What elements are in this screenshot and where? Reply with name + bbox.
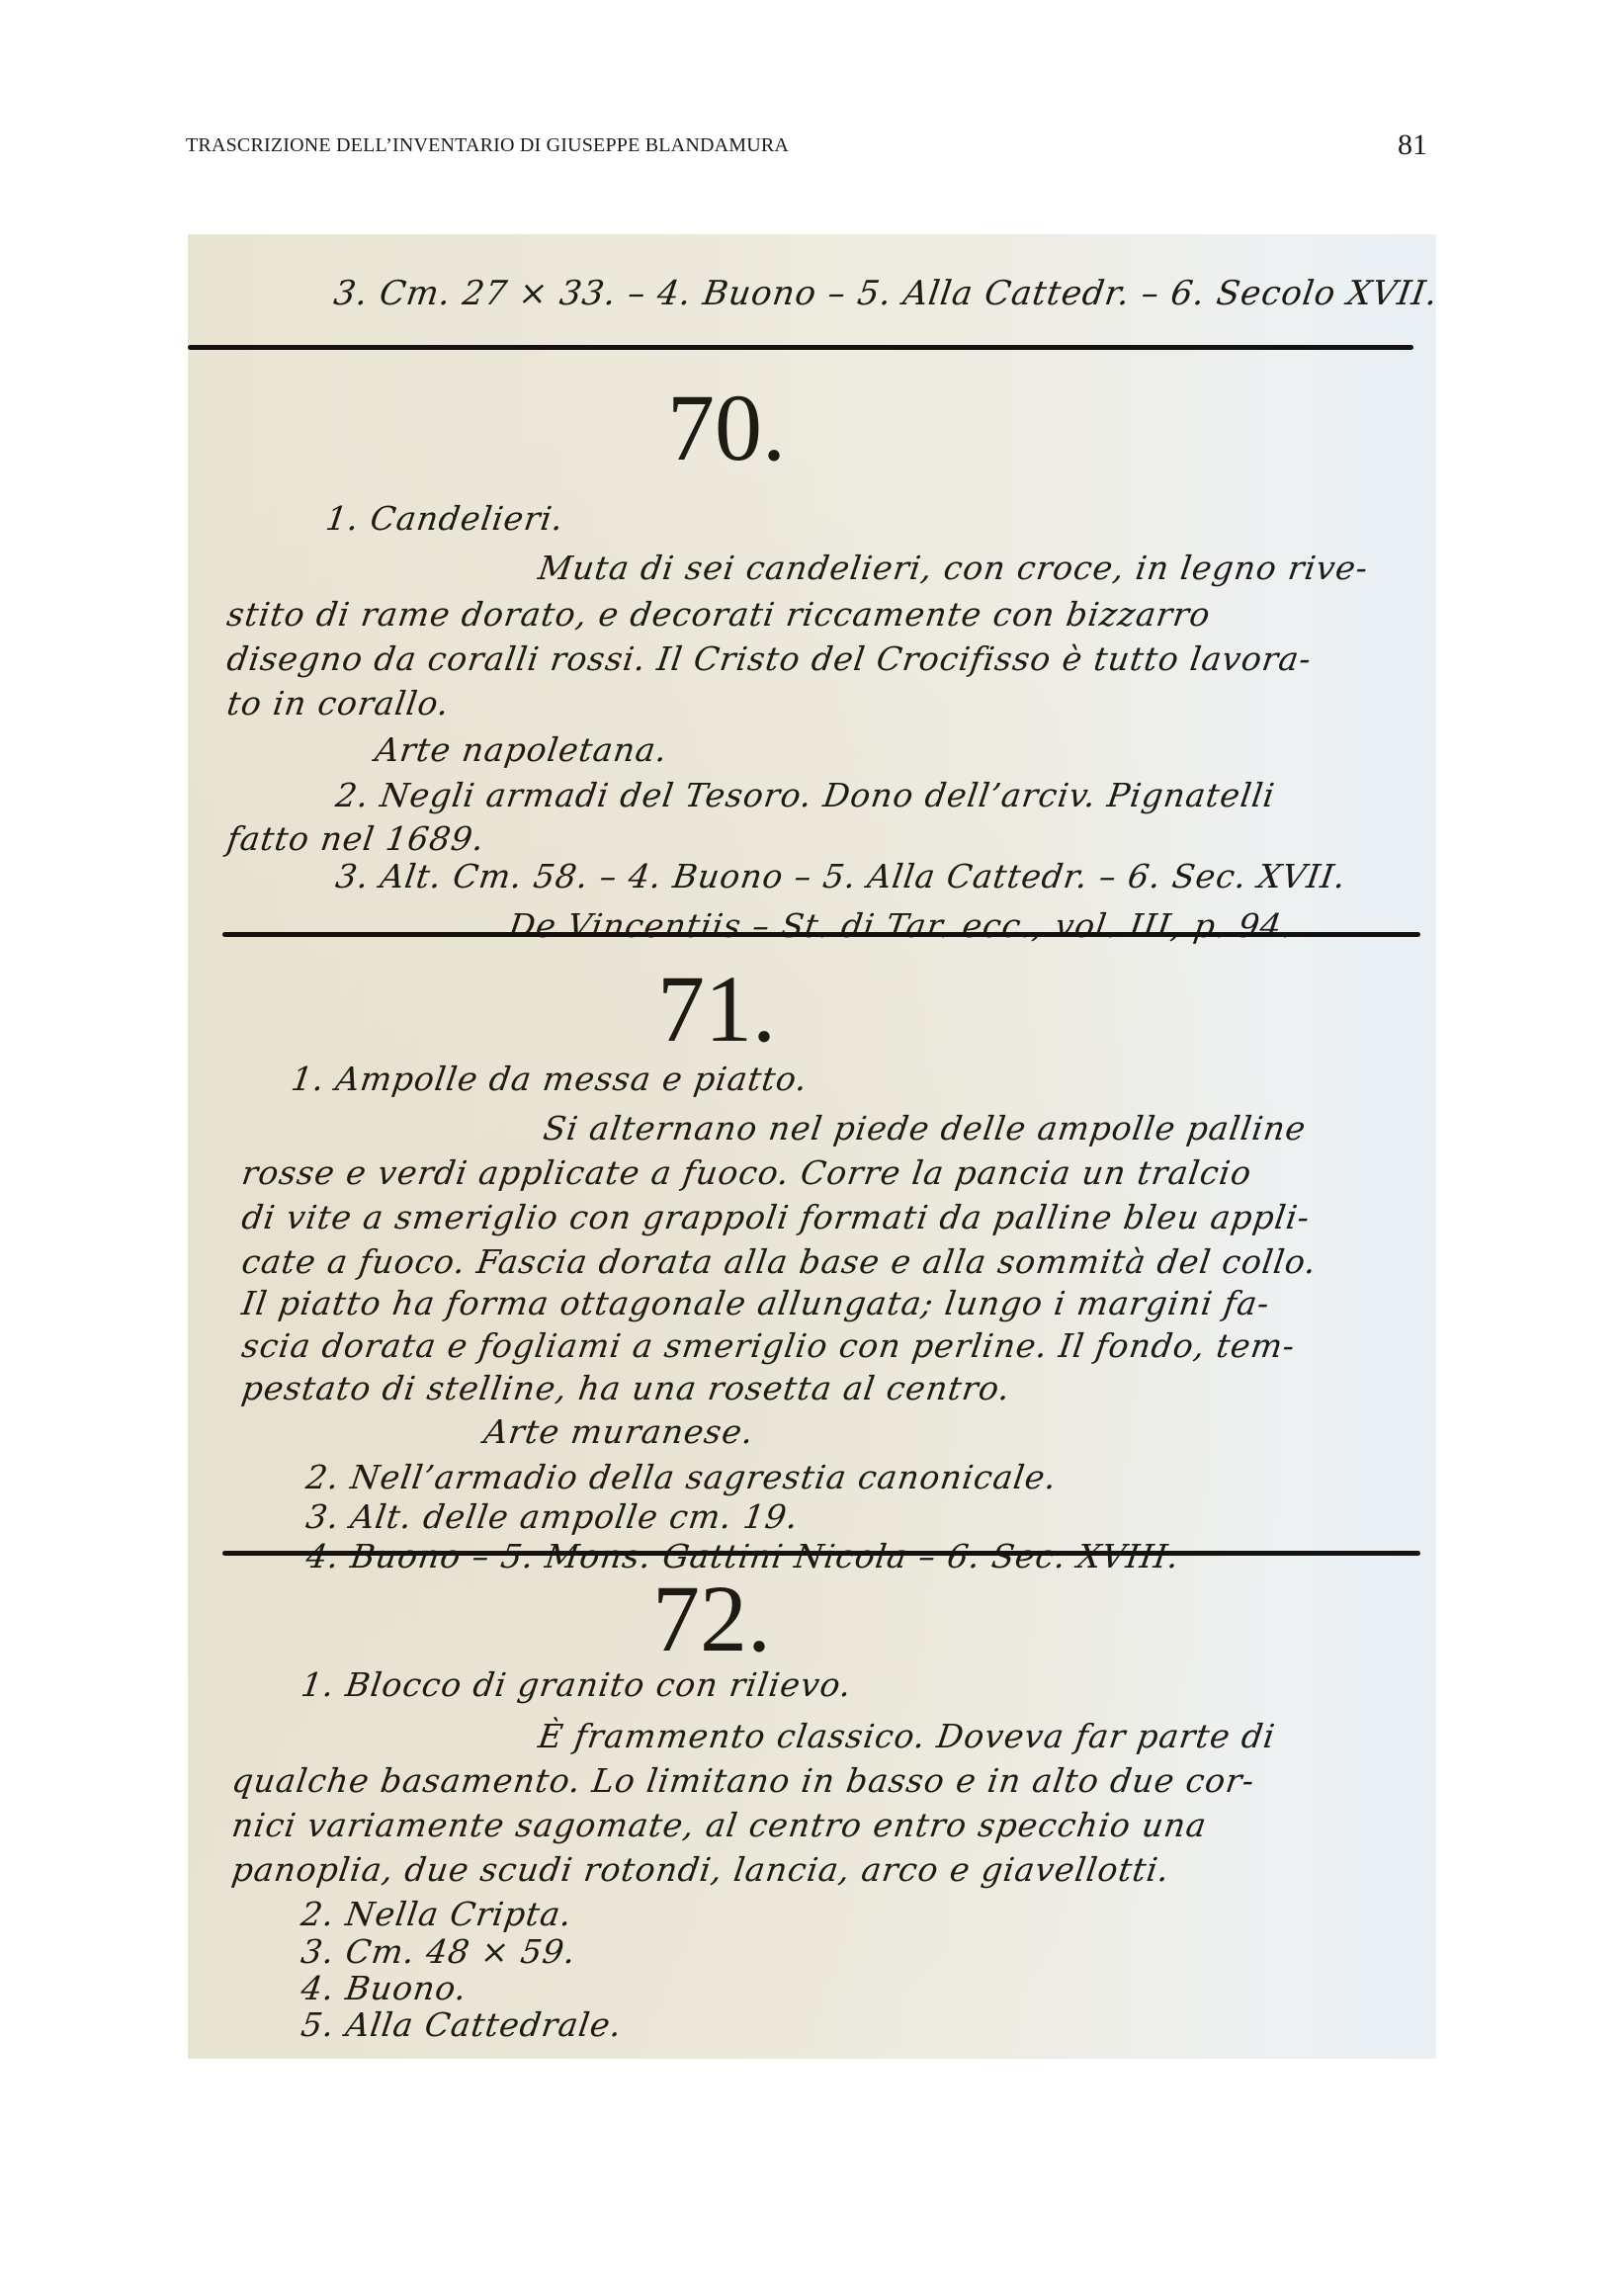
entry-line: pestato di stelline, ha una rosetta al c… [239,1369,1013,1407]
entry-line: 3. Alt. delle ampolle cm. 19. [303,1497,801,1536]
entry-number: 70. [667,373,786,482]
entry-line: di vite a smeriglio con grappoli formati… [239,1198,1313,1236]
entry-title: 1. Candelieri. [323,499,566,538]
entry-line: qualche basamento. Lo limitano in basso … [229,1761,1257,1800]
section-divider [222,1551,1420,1556]
entry-line: 4. Buono. [299,1969,470,2007]
entry-line: De Vincentiis – St. di Tar. ecc., vol. I… [506,906,1296,945]
entry-line: 2. Nell’armadio della sagrestia canonica… [303,1458,1060,1496]
entry-line: 2. Nella Cripta. [299,1895,574,1933]
entry-line: È frammento classico. Doveva far parte d… [536,1717,1278,1755]
entry-line: fatto nel 1689. [224,819,487,858]
entry-line: scia dorata e fogliami a smeriglio con p… [239,1326,1298,1365]
entry-line: 5. Alla Cattedrale. [299,2005,625,2044]
entry-line: stito di rame dorato, e decorati riccame… [224,595,1213,634]
entry-title: 1. Ampolle da messa e piatto. [289,1060,811,1098]
entry-line: cate a fuoco. Fascia dorata alla base e … [239,1242,1319,1281]
entry-line: Arte napoletana. [373,730,670,769]
carryover-line: 3. Cm. 27 × 33. – 4. Buono – 5. Alla Cat… [331,274,1436,313]
entry-line: nici variamente sagomate, al centro entr… [229,1806,1209,1844]
entry-number: 72. [652,1564,771,1673]
entry-title: 1. Blocco di granito con rilievo. [299,1665,854,1704]
section-divider [188,345,1413,350]
entry-number: 71. [657,954,776,1063]
entry-line: disegno da coralli rossi. Il Cristo del … [224,639,1314,678]
entry-line: Si alternano nel piede delle ampolle pal… [541,1109,1309,1148]
manuscript-photo: 3. Cm. 27 × 33. – 4. Buono – 5. Alla Cat… [188,234,1436,2059]
entry-line: 2. Negli armadi del Tesoro. Dono dell’ar… [333,776,1277,814]
entry-line: rosse e verdi applicate a fuoco. Corre l… [239,1153,1254,1192]
entry-line: panoplia, due scudi rotondi, lancia, arc… [229,1850,1172,1889]
running-head: Trascrizione dell’inventario di Giuseppe… [186,134,789,157]
entry-line: Muta di sei candelieri, con croce, in le… [536,549,1371,587]
entry-line: 3. Alt. Cm. 58. – 4. Buono – 5. Alla Cat… [333,857,1348,895]
entry-line: Arte muranese. [481,1412,756,1451]
page-number: 81 [1398,128,1427,162]
entry-line: to in corallo. [224,684,452,723]
entry-line: Il piatto ha forma ottagonale allungata;… [239,1284,1272,1322]
section-divider [222,932,1420,937]
entry-line: 3. Cm. 48 × 59. [299,1932,578,1971]
